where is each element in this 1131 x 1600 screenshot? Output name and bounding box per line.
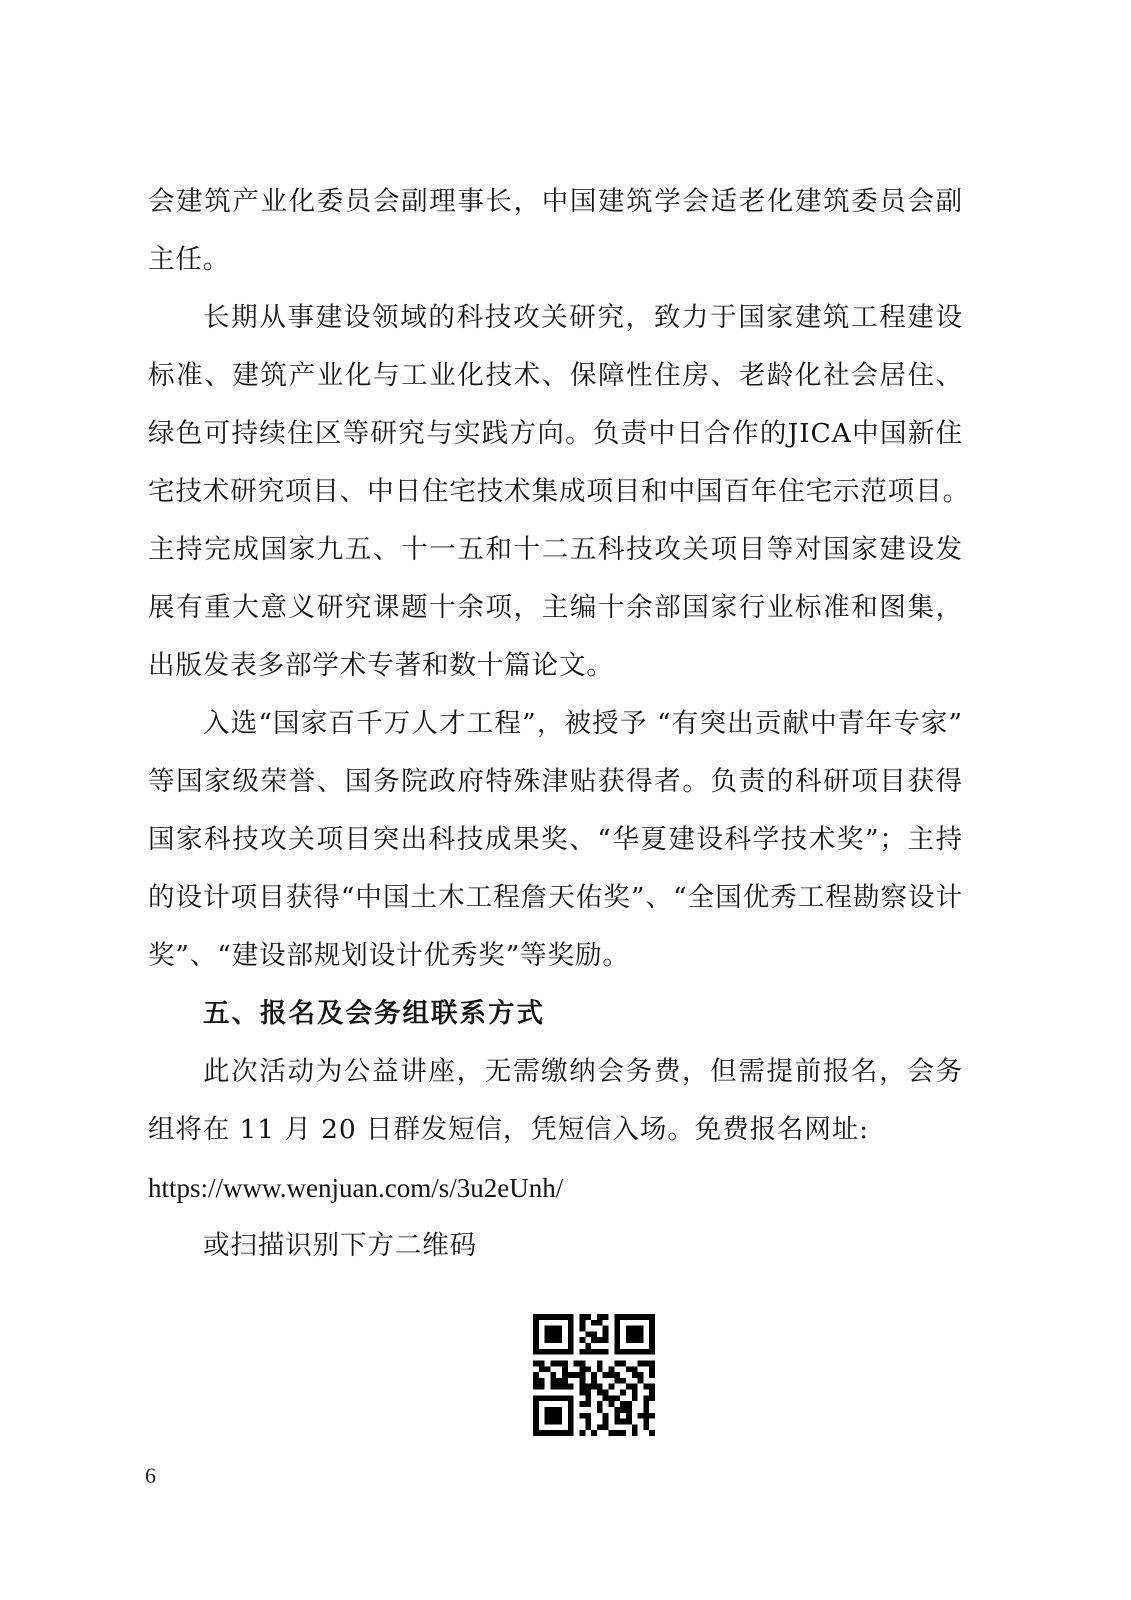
body-text-line: 主持完成国家九五、十一五和十二五科技攻关项目等对国家建设发	[148, 530, 963, 570]
body-text-line: 会建筑产业化委员会副理事长，中国建筑学会适老化建筑委员会副	[148, 182, 963, 222]
body-text-line: 出版发表多部学术专著和数十篇论文。	[148, 646, 988, 686]
body-text-line: 主任。	[148, 240, 988, 280]
body-text-line: 展有重大意义研究课题十余项，主编十余部国家行业标准和图集，	[148, 588, 963, 628]
body-text-line: 绿色可持续住区等研究与实践方向。负责中日合作的JICA中国新住	[148, 414, 963, 454]
body-text-line: 宅技术研究项目、中日住宅技术集成项目和中国百年住宅示范项目。	[148, 472, 963, 512]
registration-text-line: 组将在 11 月 20 日群发短信，凭短信入场。免费报名网址:	[148, 1110, 988, 1150]
body-text-line: 标准、建筑产业化与工业化技术、保障性住房、老龄化社会居住、	[148, 356, 963, 396]
registration-url-link[interactable]: https://www.wenjuan.com/s/3u2eUnh/	[148, 1168, 988, 1208]
qr-code-image[interactable]	[533, 1313, 655, 1437]
registration-text-line: 此次活动为公益讲座，无需缴纳会务费，但需提前报名，会务	[203, 1052, 963, 1092]
body-text-line: 国家科技攻关项目突出科技成果奖、“华夏建设科学技术奖”；主持	[148, 820, 963, 860]
page-number: 6	[145, 1463, 156, 1489]
qr-prompt-text: 或扫描识别下方二维码	[203, 1226, 1043, 1266]
body-text-line: 的设计项目获得“中国土木工程詹天佑奖”、“全国优秀工程勘察设计	[148, 878, 963, 918]
paragraph-start-line: 入选“国家百千万人才工程”，被授予 “有突出贡献中青年专家”	[203, 704, 963, 744]
document-page: 会建筑产业化委员会副理事长，中国建筑学会适老化建筑委员会副 主任。 长期从事建设…	[0, 0, 1131, 1600]
body-text-line: 奖”、“建设部规划设计优秀奖”等奖励。	[148, 936, 988, 976]
section-heading: 五、报名及会务组联系方式	[203, 994, 1043, 1034]
paragraph-start-line: 长期从事建设领域的科技攻关研究，致力于国家建筑工程建设	[203, 298, 963, 338]
body-text-line: 等国家级荣誉、国务院政府特殊津贴获得者。负责的科研项目获得	[148, 762, 963, 802]
